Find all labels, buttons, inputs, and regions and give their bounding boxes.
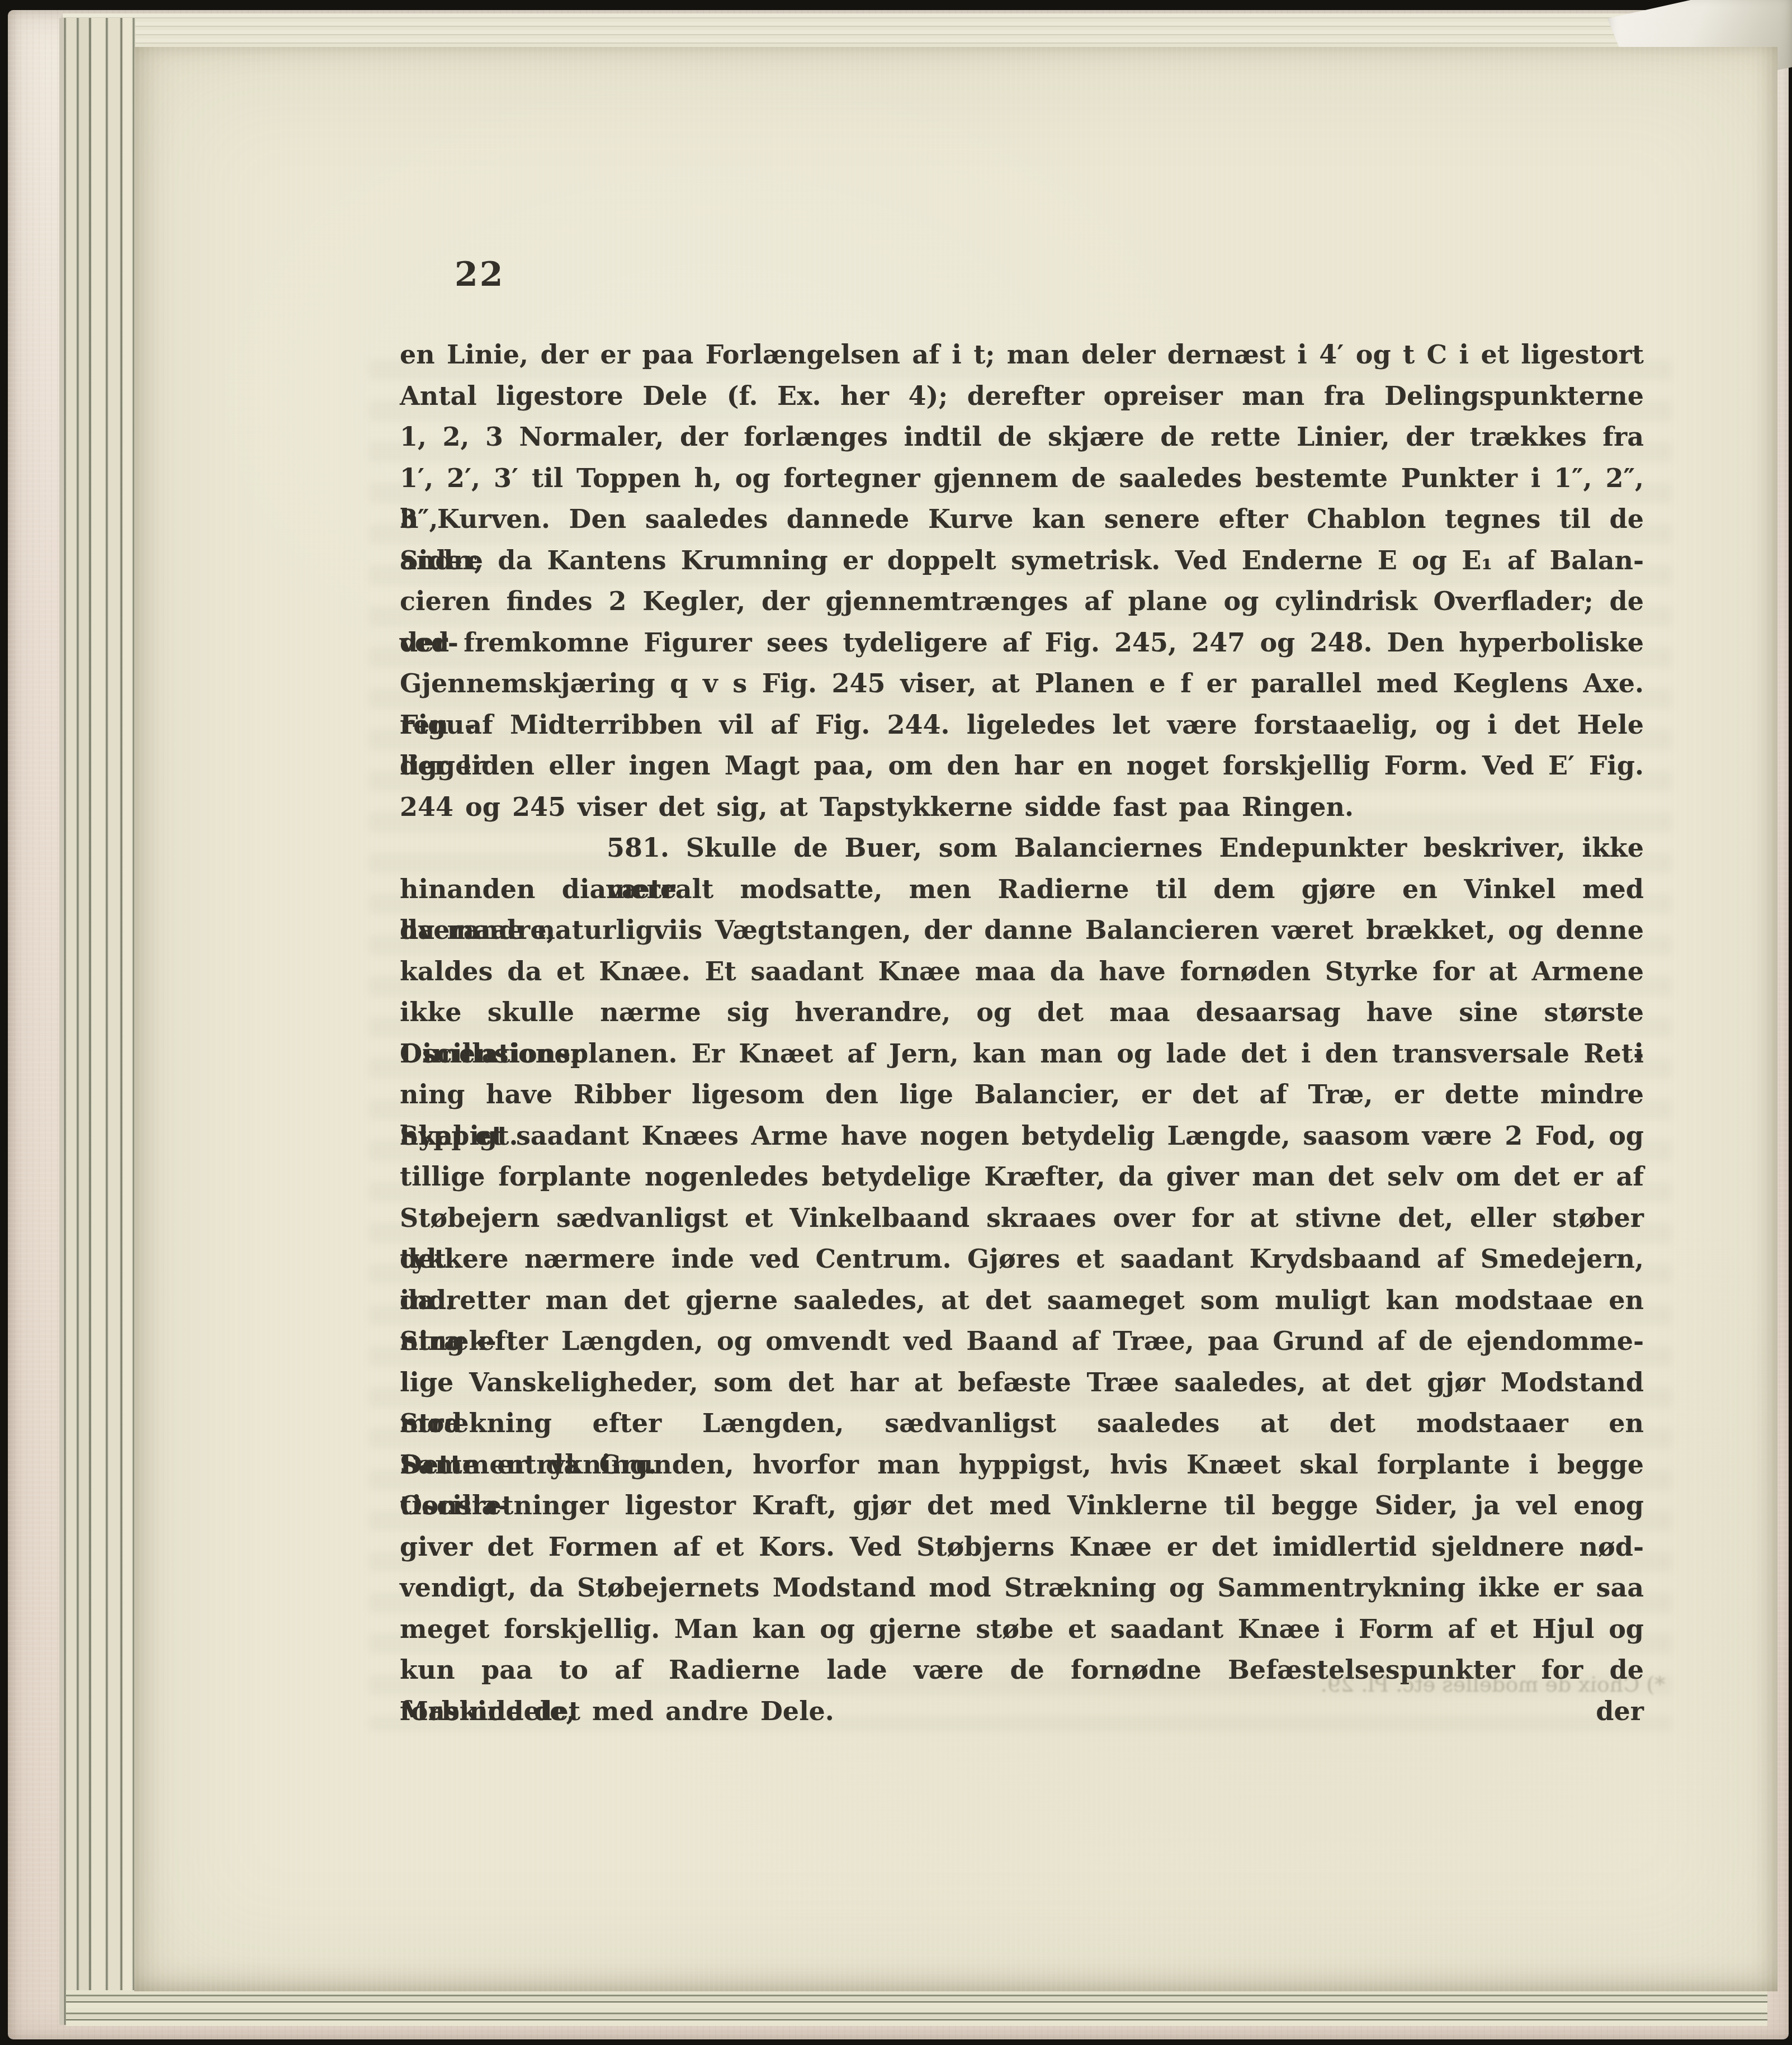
page-stack-left-edge [59,18,135,2025]
paragraph-continuation: en Linie, der er paa Forlængelsen af i t… [400,334,1644,828]
text-line: der liden eller ingen Magt paa, om den h… [400,745,1644,787]
text-line: vendigt, da Støbejernets Modstand mod St… [400,1567,1644,1609]
text-line: Antal ligestore Dele (f. Ex. her 4); der… [400,376,1644,417]
page-stack-top-edge [63,13,1784,48]
page-number: 22 [455,255,505,294]
text-line: hinanden diametralt modsatte, men Radier… [400,869,1644,910]
book-page: 22 en Linie, der er paa Forlængelsen af … [134,47,1777,1991]
text-line: lige Vanskeligheder, som det har at befæ… [400,1362,1644,1404]
text-line: 581. Skulle de Buer, som Balanciernes En… [400,828,1644,869]
text-line: kaldes da et Knæe. Et saadant Knæe maa d… [400,951,1644,993]
text-line: tillige forplante nogenledes betydelige … [400,1156,1644,1198]
text-line: ning have Ribber ligesom den lige Balanc… [400,1074,1644,1116]
book-scan: 22 en Linie, der er paa Forlængelsen af … [0,0,1792,2045]
text-line: meget forskjellig. Man kan og gjerne stø… [400,1609,1644,1650]
text-line: ikke skulle nærme sig hverandre, og det … [400,992,1644,1033]
text-block: en Linie, der er paa Forlængelsen af i t… [400,334,1644,1732]
text-line: en Linie, der er paa Forlængelsen af i t… [400,334,1644,376]
text-line: Gjennemskjæring q v s Fig. 245 viser, at… [400,663,1644,705]
text-line: ning efter Længden, og omvendt ved Baand… [400,1321,1644,1362]
paragraph-581: 581. Skulle de Buer, som Balanciernes En… [400,828,1644,1732]
text-line: h Kurven. Den saaledes dannede Kurve kan… [400,499,1644,540]
text-line: Dette er da Grunden, hvorfor man hyppigs… [400,1444,1644,1486]
text-line: Strækning efter Længden, sædvanligst saa… [400,1403,1644,1444]
text-line: Oscillationsplanen. Er Knæet af Jern, ka… [400,1033,1644,1075]
text-line: ved fremkomne Figurer sees tydeligere af… [400,622,1644,664]
ink-speck [447,1305,452,1310]
text-line: indretter man det gjerne saaledes, at de… [400,1280,1644,1321]
text-line: giver det Formen af et Kors. Ved Støbjer… [400,1527,1644,1568]
text-line: da maae naturligviis Vægtstangen, der da… [400,910,1644,951]
text-line: tykkere nærmere inde ved Centrum. Gjøres… [400,1239,1644,1280]
page-stack-bottom-edge [66,1990,1767,2026]
text-line: ren af Midterribben vil af Fig. 244. lig… [400,705,1644,746]
text-line: Skal et saadant Knæes Arme have nogen be… [400,1116,1644,1157]
text-line: 1′, 2′, 3′ til Toppen h, og fortegner gj… [400,458,1644,499]
text-line: cieren findes 2 Kegler, der gjennemtræng… [400,581,1644,622]
text-line: tionsretninger ligestor Kraft, gjør det … [400,1485,1644,1527]
bleedthrough-footnote: *) Choix de modelles etc. Pl. 29. [1314,1672,1672,1697]
text-line: Sider, da Kantens Krumning er doppelt sy… [400,540,1644,582]
text-line: 1, 2, 3 Normaler, der forlænges indtil d… [400,417,1644,458]
text-line: Støbejern sædvanligst et Vinkelbaand skr… [400,1198,1644,1239]
text-line: 244 og 245 viser det sig, at Tapstykkern… [400,787,1644,828]
